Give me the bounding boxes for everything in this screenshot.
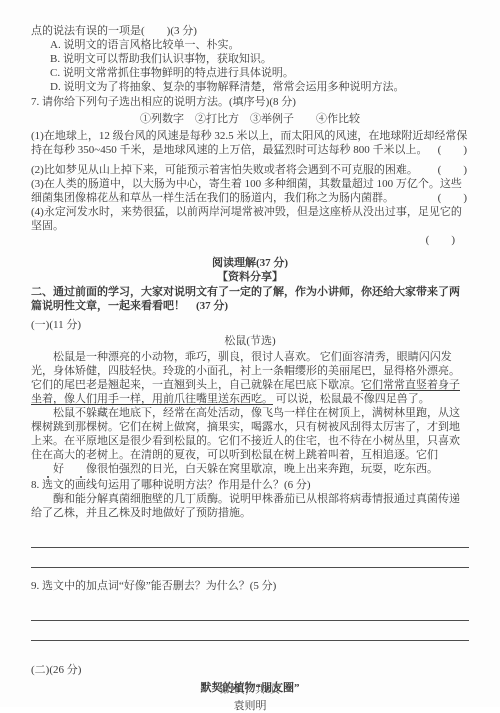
essay1-title: 松鼠(节选) xyxy=(31,334,469,348)
reading-section-title: 阅读理解(37 分) xyxy=(31,256,469,270)
essay1-part-label: (一)(11 分) xyxy=(31,318,469,332)
question7-item-3: (3)在人类的肠道中，以大肠为中心，寄生着 100 多种细菌，其数量超过 100… xyxy=(31,177,469,205)
essay2-author: 袁则明 xyxy=(31,699,469,713)
question7-item-1-text: (1)在地球上，12 级台风的风速是每秒 32.5 米以上，而太阳风的风速，在地… xyxy=(31,130,467,156)
question6-option-c: C. 说明文常常抓住事物鲜明的特点进行具体说明。 xyxy=(31,66,469,80)
essay1-paragraph-2: 松鼠不躲藏在地底下，经常在高处活动，像飞鸟一样住在树顶上，满树林里跑，从这棵树跳… xyxy=(31,406,469,476)
question6-options: A. 说明文的语言风格比较单一、朴实。 B. 说明文可以帮助我们认识事物，获取知… xyxy=(31,38,469,94)
question7-method-choices: ①列数字 ②打比方 ③举例子 ④作比较 xyxy=(31,112,469,126)
question7-item-2-text: (2)比如梦见从山上掉下来，可能预示着害怕失败或者将会遇到不可克服的困难。 xyxy=(31,164,418,176)
question7-item-1-answer-blank: ( ) xyxy=(438,143,467,157)
question7-item-4-answer-blank: ( ) xyxy=(31,233,469,247)
answer-line xyxy=(31,604,469,621)
answer-line xyxy=(31,531,469,548)
question7-item-2: (2)比如梦见从山上掉下来，可能预示着害怕失败或者将会遇到不可克服的困难。 ( … xyxy=(31,163,469,177)
essay1-paragraph-1: 松鼠是一种漂亮的小动物，乖巧，驯良，很讨人喜欢。 它们面容清秀，眼睛闪闪发光，身… xyxy=(31,350,469,406)
question7-item-3-answer-blank: ( ) xyxy=(438,191,467,205)
page-footer: 第2页，共8页 xyxy=(0,684,500,698)
exam-page: 点的说法有误的一项是( )(3 分) A. 说明文的语言风格比较单一、朴实。 B… xyxy=(0,0,500,707)
question7-item-4: (4)永定河发水时，来势很猛，以前两岸河堤常被冲毁，但是这座桥从没出过事，足见它… xyxy=(31,205,469,233)
question6-option-b: B. 说明文可以帮助我们认识事物，获取知识。 xyxy=(31,52,469,66)
answer-line xyxy=(31,621,469,641)
question7-item-1: (1)在地球上，12 级台风的风速是每秒 32.5 米以上，而太阳风的风速，在地… xyxy=(31,129,469,157)
essay2-part-label: (二)(26 分) xyxy=(31,663,469,677)
question7-item-2-answer-blank: ( ) xyxy=(438,163,467,177)
question6-option-a: A. 说明文的语言风格比较单一、朴实。 xyxy=(31,38,469,52)
question7-stem: 7. 请你给下列句子选出相应的说明方法。(填序号)(8 分) xyxy=(31,95,469,109)
question7-item-3-text: (3)在人类的肠道中，以大肠为中心，寄生着 100 多种细菌，其数量超过 100… xyxy=(31,178,462,204)
question9-stem: 9. 选文中的加点词“好像”能否删去？为什么？(5 分) xyxy=(31,579,469,593)
question8-answer-text: 酶和能分解真菌细胞壁的几丁质酶。说明甲株番茄已从根部将病毒情报通过真菌传递给了乙… xyxy=(31,492,469,520)
reading-subsection-title: 【资料分享】 xyxy=(31,270,469,284)
question6-option-d: D. 说明文为了将抽象、复杂的事物解释清楚，常常会运用多种说明方法。 xyxy=(31,80,469,94)
question7-item-4-text: (4)永定河发水时，来势很猛，以前两岸河堤常被冲毁，但是这座桥从没出过事，足见它… xyxy=(31,206,462,232)
question6-stem: 点的说法有误的一项是( )(3 分) xyxy=(31,24,469,38)
question8-stem: 8. 选文的画线句运用了哪种说明方法？作用是什么？(6 分) xyxy=(31,478,469,492)
answer-line xyxy=(31,548,469,568)
reading-intro: 二、通过前面的学习，大家对说明文有了一定的了解，作为小讲师，你还给大家带来了两篇… xyxy=(31,285,469,313)
